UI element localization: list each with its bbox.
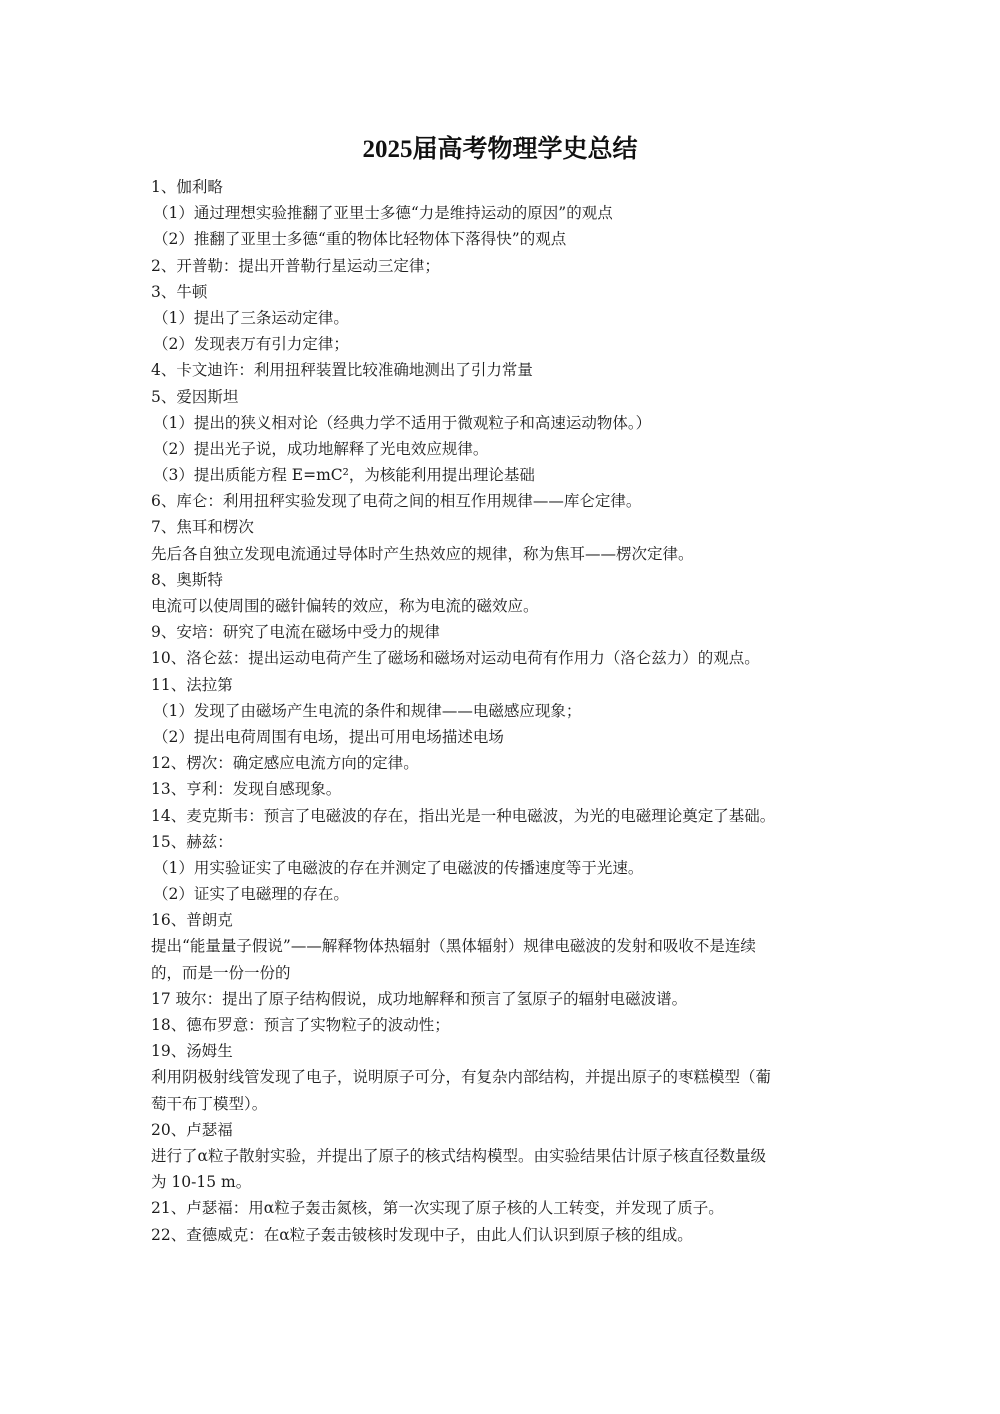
text-line: 进行了α粒子散射实验，并提出了原子的核式结构模型。由实验结果估计原子核直径数量级: [151, 1143, 856, 1169]
sub-item-line: （3）提出质能方程 E=mC²，为核能利用提出理论基础: [151, 462, 856, 488]
text-line: 11、法拉第: [151, 672, 856, 698]
sub-item-line: （2）提出电荷周围有电场，提出可用电场描述电场: [151, 724, 856, 750]
text-line: 电流可以使周围的磁针偏转的效应，称为电流的磁效应。: [151, 593, 856, 619]
text-line: 17 玻尔：提出了原子结构假说，成功地解释和预言了氢原子的辐射电磁波谱。: [151, 986, 856, 1012]
sub-item-line: （1）用实验证实了电磁波的存在并测定了电磁波的传播速度等于光速。: [151, 855, 856, 881]
text-line: 16、普朗克: [151, 907, 856, 933]
text-line: 5、爱因斯坦: [151, 384, 856, 410]
document-page: 2025届高考物理学史总结 1、伽利略（1）通过理想实验推翻了亚里士多德“力是维…: [0, 0, 1000, 1414]
text-line: 22、查德威克：在α粒子轰击铍核时发现中子，由此人们认识到原子核的组成。: [151, 1222, 856, 1248]
text-line: 6、库仑：利用扭秤实验发现了电荷之间的相互作用规律——库仑定律。: [151, 488, 856, 514]
sub-item-line: （1）发现了由磁场产生电流的条件和规律——电磁感应现象；: [151, 698, 856, 724]
document-title: 2025届高考物理学史总结: [0, 129, 1000, 165]
text-line: 为 10-15 m。: [151, 1169, 856, 1195]
text-line: 2、开普勒：提出开普勒行星运动三定律；: [151, 253, 856, 279]
sub-item-line: （2）提出光子说，成功地解释了光电效应规律。: [151, 436, 856, 462]
text-line: 19、汤姆生: [151, 1038, 856, 1064]
document-body: 1、伽利略（1）通过理想实验推翻了亚里士多德“力是维持运动的原因”的观点（2）推…: [151, 174, 856, 1248]
sub-item-line: （2）证实了电磁理的存在。: [151, 881, 856, 907]
text-line: 8、奥斯特: [151, 567, 856, 593]
text-line: 萄干布丁模型）。: [151, 1091, 856, 1117]
sub-item-line: （1）提出了三条运动定律。: [151, 305, 856, 331]
sub-item-line: （1）通过理想实验推翻了亚里士多德“力是维持运动的原因”的观点: [151, 200, 856, 226]
text-line: 20、卢瑟福: [151, 1117, 856, 1143]
sub-item-line: （2）发现表万有引力定律；: [151, 331, 856, 357]
text-line: 利用阴极射线管发现了电子，说明原子可分，有复杂内部结构，并提出原子的枣糕模型（葡: [151, 1064, 856, 1090]
sub-item-line: （2）推翻了亚里士多德“重的物体比轻物体下落得快”的观点: [151, 226, 856, 252]
text-line: 9、安培：研究了电流在磁场中受力的规律: [151, 619, 856, 645]
text-line: 3、牛顿: [151, 279, 856, 305]
text-line: 提出“能量量子假说”——解释物体热辐射（黑体辐射）规律电磁波的发射和吸收不是连续: [151, 933, 856, 959]
text-line: 4、卡文迪许：利用扭秤装置比较准确地测出了引力常量: [151, 357, 856, 383]
text-line: 14、麦克斯韦：预言了电磁波的存在，指出光是一种电磁波，为光的电磁理论奠定了基础…: [151, 803, 856, 829]
text-line: 18、德布罗意：预言了实物粒子的波动性；: [151, 1012, 856, 1038]
text-line: 10、洛仑兹：提出运动电荷产生了磁场和磁场对运动电荷有作用力（洛仑兹力）的观点。: [151, 645, 856, 671]
text-line: 1、伽利略: [151, 174, 856, 200]
text-line: 的，而是一份一份的: [151, 960, 856, 986]
text-line: 先后各自独立发现电流通过导体时产生热效应的规律，称为焦耳——楞次定律。: [151, 541, 856, 567]
text-line: 21、卢瑟福：用α粒子轰击氮核，第一次实现了原子核的人工转变，并发现了质子。: [151, 1195, 856, 1221]
text-line: 15、赫兹：: [151, 829, 856, 855]
text-line: 7、焦耳和楞次: [151, 514, 856, 540]
sub-item-line: （1）提出的狭义相对论（经典力学不适用于微观粒子和高速运动物体。）: [151, 410, 856, 436]
text-line: 12、楞次：确定感应电流方向的定律。: [151, 750, 856, 776]
text-line: 13、亨利：发现自感现象。: [151, 776, 856, 802]
